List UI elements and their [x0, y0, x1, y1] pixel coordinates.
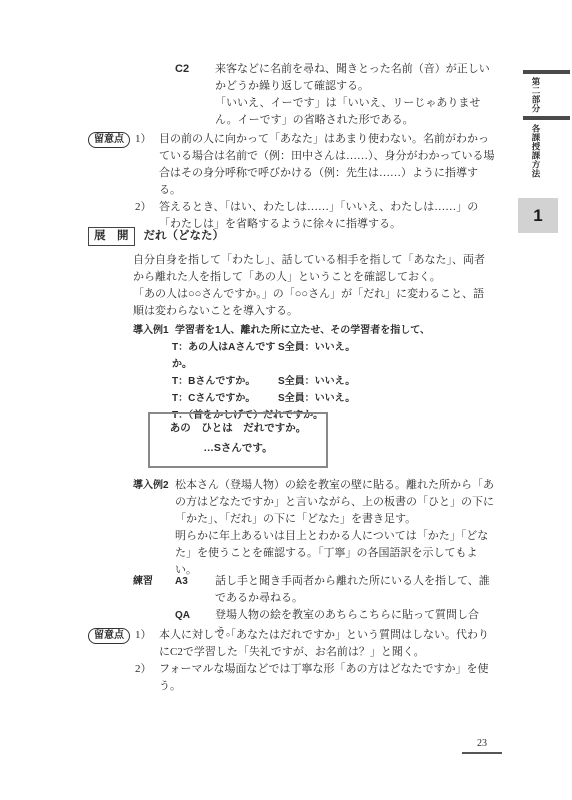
- practice-item-text: 話し手と聞き手両者から離れた所にいる人を指して、誰であるか尋ねる。: [215, 573, 493, 607]
- intro-example-1-label: 導入例1: [133, 322, 175, 339]
- c2-label: C2: [175, 61, 215, 129]
- c2-paragraph-1: 来客などに名前を尋ね、聞きとった名前（音）が正しいかどうか繰り返して確認する。: [215, 61, 495, 95]
- note-item: 1） 本人に対して「あなたはだれですか」という質問はしない。代わりにC2で学習し…: [135, 627, 497, 661]
- note-badge: 留意点: [88, 628, 130, 644]
- dialogue-row: T：Cさんですか。 S全員：いいえ。: [172, 390, 355, 407]
- development-paragraph-2: 「あの人は○○さんですか。」の「○○さん」が「だれ」に変わること、語順は変わらな…: [133, 286, 493, 320]
- note-item-text: フォーマルな場面などでは丁寧な形「あの方はどなたですか」を使う。: [159, 661, 497, 695]
- intro-example-2: 導入例2 松本さん（登場人物）の絵を教室の壁に貼る。離れた所から「あの方はどなた…: [133, 477, 495, 579]
- student-line: S全員：いいえ。: [278, 373, 355, 390]
- note-items: 1） 目の前の人に向かって「あなた」はあまり使わない。名前がわかっている場合は名…: [135, 131, 497, 233]
- intro-example-1-lead: 学習者を1人、離れた所に立たせ、その学習者を指して、: [175, 322, 430, 339]
- development-heading: だれ（どなた）: [144, 228, 225, 245]
- sidebar-rule-middle: [523, 116, 570, 120]
- blackboard-box: あの ひとは だれですか。 …Sさんです。: [148, 412, 328, 468]
- intro-example-1: 導入例1 学習者を1人、離れた所に立たせ、その学習者を指して、: [133, 322, 503, 339]
- sidebar-part-label: 第二部分: [529, 77, 543, 113]
- note-section-2: 留意点 1） 本人に対して「あなたはだれですか」という質問はしない。代わりにC2…: [88, 627, 508, 695]
- blackboard-line-1: あの ひとは だれですか。: [150, 418, 326, 438]
- c2-paragraph-2: 「いいえ、イーです」は「いいえ、リーじゃありません。イーです」の省略された形であ…: [215, 95, 495, 129]
- book-page: C2 来客などに名前を尋ね、聞きとった名前（音）が正しいかどうか繰り返して確認す…: [0, 0, 572, 800]
- intro-example-2-paragraph-2: 明らかに年上あるいは目上とわかる人については「かた」「どなた」を使うことを確認す…: [175, 528, 495, 579]
- c2-section: C2 来客などに名前を尋ね、聞きとった名前（音）が正しいかどうか繰り返して確認す…: [175, 61, 505, 129]
- note-item-number: 1）: [135, 627, 159, 661]
- intro-example-2-paragraphs: 松本さん（登場人物）の絵を教室の壁に貼る。離れた所から「あの方はどなたですか」と…: [175, 477, 495, 579]
- teacher-line: T：Bさんですか。: [172, 373, 278, 390]
- development-section-header: 展 開 だれ（どなた）: [88, 227, 224, 246]
- teacher-line: T：あの人はAさんですか。: [172, 339, 278, 373]
- note-item: 1） 目の前の人に向かって「あなた」はあまり使わない。名前がわかっている場合は名…: [135, 131, 497, 199]
- page-number: 23: [462, 737, 502, 754]
- lesson-number-tab: 1: [518, 198, 558, 233]
- teacher-line: T：Cさんですか。: [172, 390, 278, 407]
- note-item-text: 本人に対して「あなたはだれですか」という質問はしない。代わりにC2で学習した「失…: [159, 627, 497, 661]
- sidebar-rule-top: [523, 70, 570, 74]
- note-item: 2） フォーマルな場面などでは丁寧な形「あの方はどなたですか」を使う。: [135, 661, 497, 695]
- blackboard-line-2: …Sさんです。: [150, 438, 326, 458]
- practice-item: A3 話し手と聞き手両者から離れた所にいる人を指して、誰であるか尋ねる。: [175, 573, 493, 607]
- student-line: S全員：いいえ。: [278, 339, 355, 373]
- note-item-text: 目の前の人に向かって「あなた」はあまり使わない。名前がわかっている場合は名前で（…: [159, 131, 497, 199]
- note-item-number: 1）: [135, 131, 159, 199]
- c2-text: 来客などに名前を尋ね、聞きとった名前（音）が正しいかどうか繰り返して確認する。 …: [215, 61, 495, 129]
- development-paragraph-1: 自分自身を指して「わたし」、話している相手を指して「あなた」、両者から離れた人を…: [133, 252, 493, 286]
- student-line: S全員：いいえ。: [278, 390, 355, 407]
- note-badge: 留意点: [88, 132, 130, 148]
- dialogue-row: T：あの人はAさんですか。 S全員：いいえ。: [172, 339, 355, 373]
- practice-item-code: A3: [175, 573, 215, 607]
- note-items: 1） 本人に対して「あなたはだれですか」という質問はしない。代わりにC2で学習し…: [135, 627, 497, 695]
- note-section-1: 留意点 1） 目の前の人に向かって「あなた」はあまり使わない。名前がわかっている…: [88, 131, 508, 233]
- note-item-number: 2）: [135, 661, 159, 695]
- dialogue-row: T：Bさんですか。 S全員：いいえ。: [172, 373, 355, 390]
- development-label-box: 展 開: [88, 227, 135, 246]
- intro-example-2-label: 導入例2: [133, 477, 175, 579]
- intro-example-2-paragraph-1: 松本さん（登場人物）の絵を教室の壁に貼る。離れた所から「あの方はどなたですか」と…: [175, 477, 495, 528]
- development-paragraphs: 自分自身を指して「わたし」、話している相手を指して「あなた」、両者から離れた人を…: [133, 252, 493, 320]
- sidebar-section-label: 各課授課方法: [529, 124, 543, 178]
